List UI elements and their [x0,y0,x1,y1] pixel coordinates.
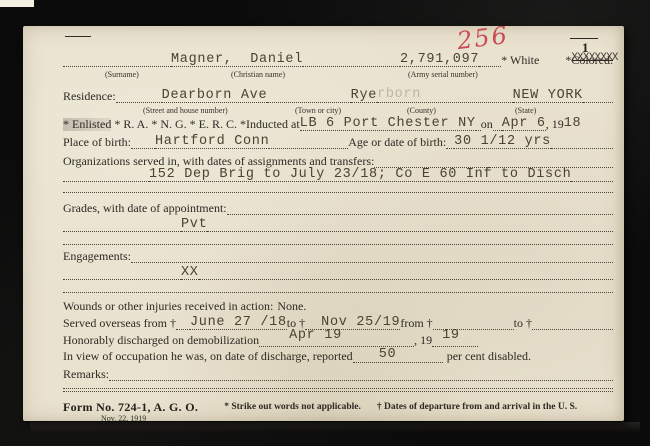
form-date: Nov. 22, 1919 [101,414,146,421]
grades-value-line: Pvt [63,216,613,232]
year-printed: , 19 [546,118,564,131]
dotted-leader [446,147,454,149]
dotted-leader [207,230,613,232]
overseas-label: Served overseas from † [63,317,176,330]
birth-place-label: Place of birth: [63,136,131,149]
dotted-leader [532,328,613,330]
dotted-leader [131,261,613,263]
surname-caption: (Surname) [105,71,139,79]
grade-value: Pvt [181,218,207,233]
scan-floor-shadow [30,422,640,436]
race-white-label: * White [501,54,539,67]
dotted-leader [199,278,613,280]
discharge-date-value: Apr 19 [289,329,342,343]
dotted-leader [269,147,348,149]
discharge-year-printed: , 19 [414,334,432,347]
section-rule [63,292,613,293]
dotted-leader [227,213,613,215]
wounds-label: Wounds or other injuries received in act… [63,300,273,313]
birth-line: Place of birth: Hartford Conn Age or dat… [63,133,613,149]
service-record-card: 256 1 Magner, Daniel 2,791,097 * White *… [23,26,624,421]
dotted-leader [63,230,181,232]
disability-suffix: per cent disabled. [447,350,531,363]
engagements-label-line: Engagements: [63,247,613,263]
section-rule [63,192,613,193]
overseas-from2-label: from † [400,317,432,330]
year-typed-value: 18 [564,117,582,131]
serial-number-value: 2,791,097 [400,53,479,68]
residence-street-value: Dearborn Ave [162,89,268,104]
dotted-leader [63,278,181,280]
overseas-to2-label: to † [514,317,532,330]
dotted-leader [571,180,613,182]
dotted-leader: rborn [377,101,513,103]
organizations-value: 152 Dep Brig to July 23/18; Co E 60 Inf … [149,168,571,183]
ghost-offset-text: rborn [377,88,421,102]
dotted-leader [303,65,400,67]
dotted-leader [583,101,613,103]
dotted-leader [176,328,190,330]
disability-line: In view of occupation he was, on date of… [63,347,613,363]
grades-label-line: Grades, with date of appointment: [63,199,613,215]
state-caption: (State) [515,107,536,115]
race-colored-label: Colored.XXXXXXXX [571,54,613,67]
town-caption: (Town or city) [295,107,341,115]
dotted-leader [131,147,155,149]
overseas-from1-value: June 27 /18 [190,316,287,331]
county-caption: (County) [407,107,436,115]
wounds-line: Wounds or other injuries received in act… [63,297,613,313]
residence-town-value: Rye [351,89,377,104]
age-label: Age or date of birth: [348,136,446,149]
residence-line: Residence: Dearborn Ave Rye rborn NEW YO… [63,87,613,103]
discharge-line: Honorably discharged on demobilization A… [63,331,613,347]
spacer [531,362,613,363]
enlisted-label: * R. A. * N. G. * E. R. C. *Inducted at [111,118,299,131]
dotted-leader: 50 [353,361,443,363]
dotted-leader [479,65,501,67]
organizations-value-line: 152 Dep Brig to July 23/18; Co E 60 Inf … [63,166,613,182]
strikeout-xs: XXXXXXXX [571,53,617,64]
residence-state-value: NEW YORK [513,89,583,104]
induction-date-value: Apr 6 [502,117,546,132]
engagements-label: Engagements: [63,250,131,263]
spacer [306,312,613,313]
christian-name-caption: (Christian name) [231,71,285,79]
dates-note: † Dates of departure from and arrival in… [377,400,577,412]
dotted-leader [63,65,171,67]
dotted-leader [493,129,502,131]
section-rule [63,244,613,245]
remarks-line: Remarks: [63,365,613,381]
inducted-place-value: LB 6 Port Chester NY [300,117,476,132]
name-line: Magner, Daniel 2,791,097 * White * Color… [63,51,613,67]
dotted-leader [476,129,481,131]
on-label: on [481,118,493,131]
enlisted-label-struck: * Enlisted [63,118,111,131]
engagements-value-line: XX [63,264,613,280]
dotted-leader [551,147,613,149]
name-value: Magner, Daniel [171,53,303,68]
footer-rule [63,388,613,392]
grades-label: Grades, with date of appointment: [63,202,227,215]
remarks-label: Remarks: [63,368,109,381]
footer: Form No. 724-1, A. G. O. * Strike out wo… [63,400,613,415]
birth-place-value: Hartford Conn [155,135,269,150]
dotted-leader [116,101,162,103]
discharge-label: Honorably discharged on demobilization [63,334,259,347]
engagements-value: XX [181,266,199,281]
scan-edge-sliver [0,0,34,7]
dotted-leader [267,101,350,103]
top-dash-mark [65,36,91,37]
form-number: Form No. 724-1, A. G. O. [63,400,198,415]
enlisted-line: * Enlisted * R. A. * N. G. * E. R. C. *I… [63,115,613,131]
dotted-leader [109,379,613,381]
page-number-rule [570,38,598,39]
residence-label: Residence: [63,90,116,103]
dotted-leader [63,180,149,182]
disability-value: 50 [379,348,397,362]
strike-note: * Strike out words not applicable. [224,400,361,412]
wounds-value: None. [277,300,306,313]
discharge-year-value: 19 [442,329,460,343]
serial-number-caption: (Army serial number) [408,71,478,79]
street-caption: (Street and house number) [143,107,228,115]
age-value: 30 1/12 yrs [454,135,551,150]
disability-label: In view of occupation he was, on date of… [63,350,353,363]
